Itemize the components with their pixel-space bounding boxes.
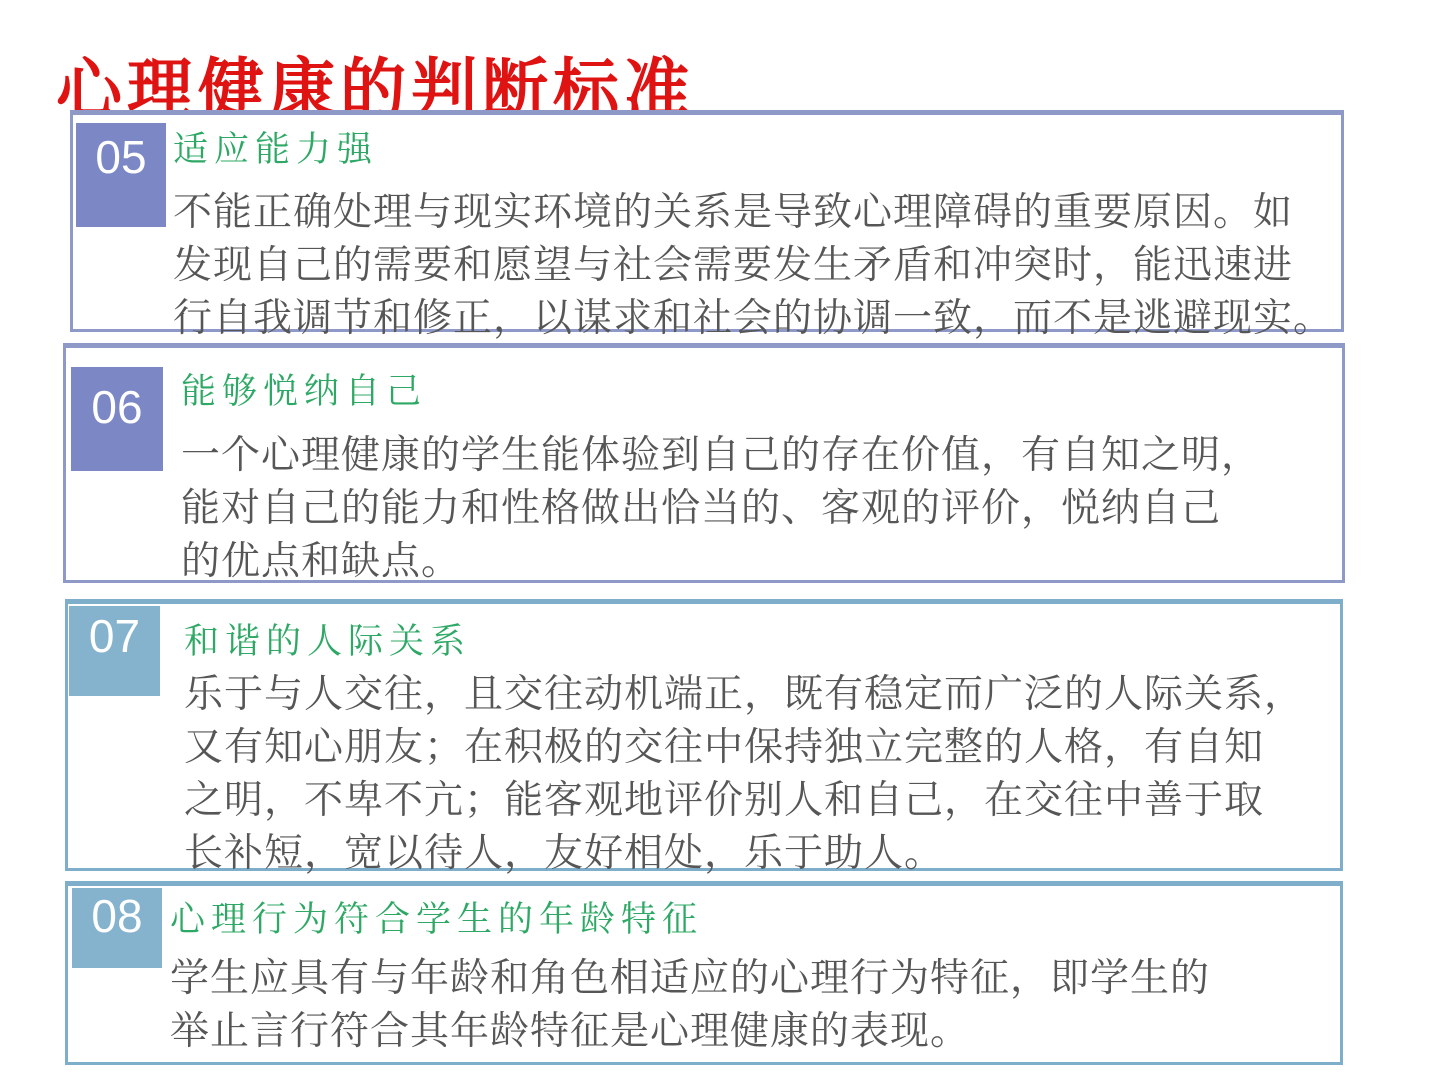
card-07: 07 和谐的人际关系 乐于与人交往，且交往动机端正，既有稳定而广泛的人际关系， … — [65, 599, 1343, 871]
card-05-number-badge: 05 — [76, 123, 166, 227]
card-07-content: 和谐的人际关系 乐于与人交往，且交往动机端正，既有稳定而广泛的人际关系， 又有知… — [184, 604, 1340, 880]
card-08-content: 心理行为符合学生的年龄特征 学生应具有与年龄和角色相适应的心理行为特征，即学生的… — [170, 886, 1340, 1058]
card-08-number-badge: 08 — [72, 888, 162, 968]
card-05-heading: 适应能力强 — [173, 122, 1341, 172]
card-07-number-badge: 07 — [69, 606, 160, 696]
card-05-content: 适应能力强 不能正确处理与现实环境的关系是导致心理障碍的重要原因。如 发现自己的… — [173, 115, 1341, 345]
slide-canvas: 心理健康的判断标准 05 适应能力强 不能正确处理与现实环境的关系是导致心理障碍… — [0, 0, 1440, 1080]
card-06-content: 能够悦纳自己 一个心理健康的学生能体验到自己的存在价值，有自知之明， 能对自己的… — [181, 348, 1342, 588]
card-08: 08 心理行为符合学生的年龄特征 学生应具有与年龄和角色相适应的心理行为特征，即… — [65, 881, 1343, 1065]
card-06: 06 能够悦纳自己 一个心理健康的学生能体验到自己的存在价值，有自知之明， 能对… — [63, 343, 1345, 583]
card-05-body: 不能正确处理与现实环境的关系是导致心理障碍的重要原因。如 发现自己的需要和愿望与… — [173, 186, 1341, 345]
card-08-heading: 心理行为符合学生的年龄特征 — [170, 892, 1340, 942]
card-07-heading: 和谐的人际关系 — [184, 614, 1340, 664]
card-05: 05 适应能力强 不能正确处理与现实环境的关系是导致心理障碍的重要原因。如 发现… — [70, 110, 1344, 332]
card-08-body: 学生应具有与年龄和角色相适应的心理行为特征，即学生的 举止言行符合其年龄特征是心… — [170, 952, 1340, 1058]
card-06-number-badge: 06 — [71, 367, 163, 471]
card-07-body: 乐于与人交往，且交往动机端正，既有稳定而广泛的人际关系， 又有知心朋友；在积极的… — [184, 668, 1340, 880]
card-06-heading: 能够悦纳自己 — [181, 364, 1342, 414]
card-06-body: 一个心理健康的学生能体验到自己的存在价值，有自知之明， 能对自己的能力和性格做出… — [181, 429, 1342, 588]
